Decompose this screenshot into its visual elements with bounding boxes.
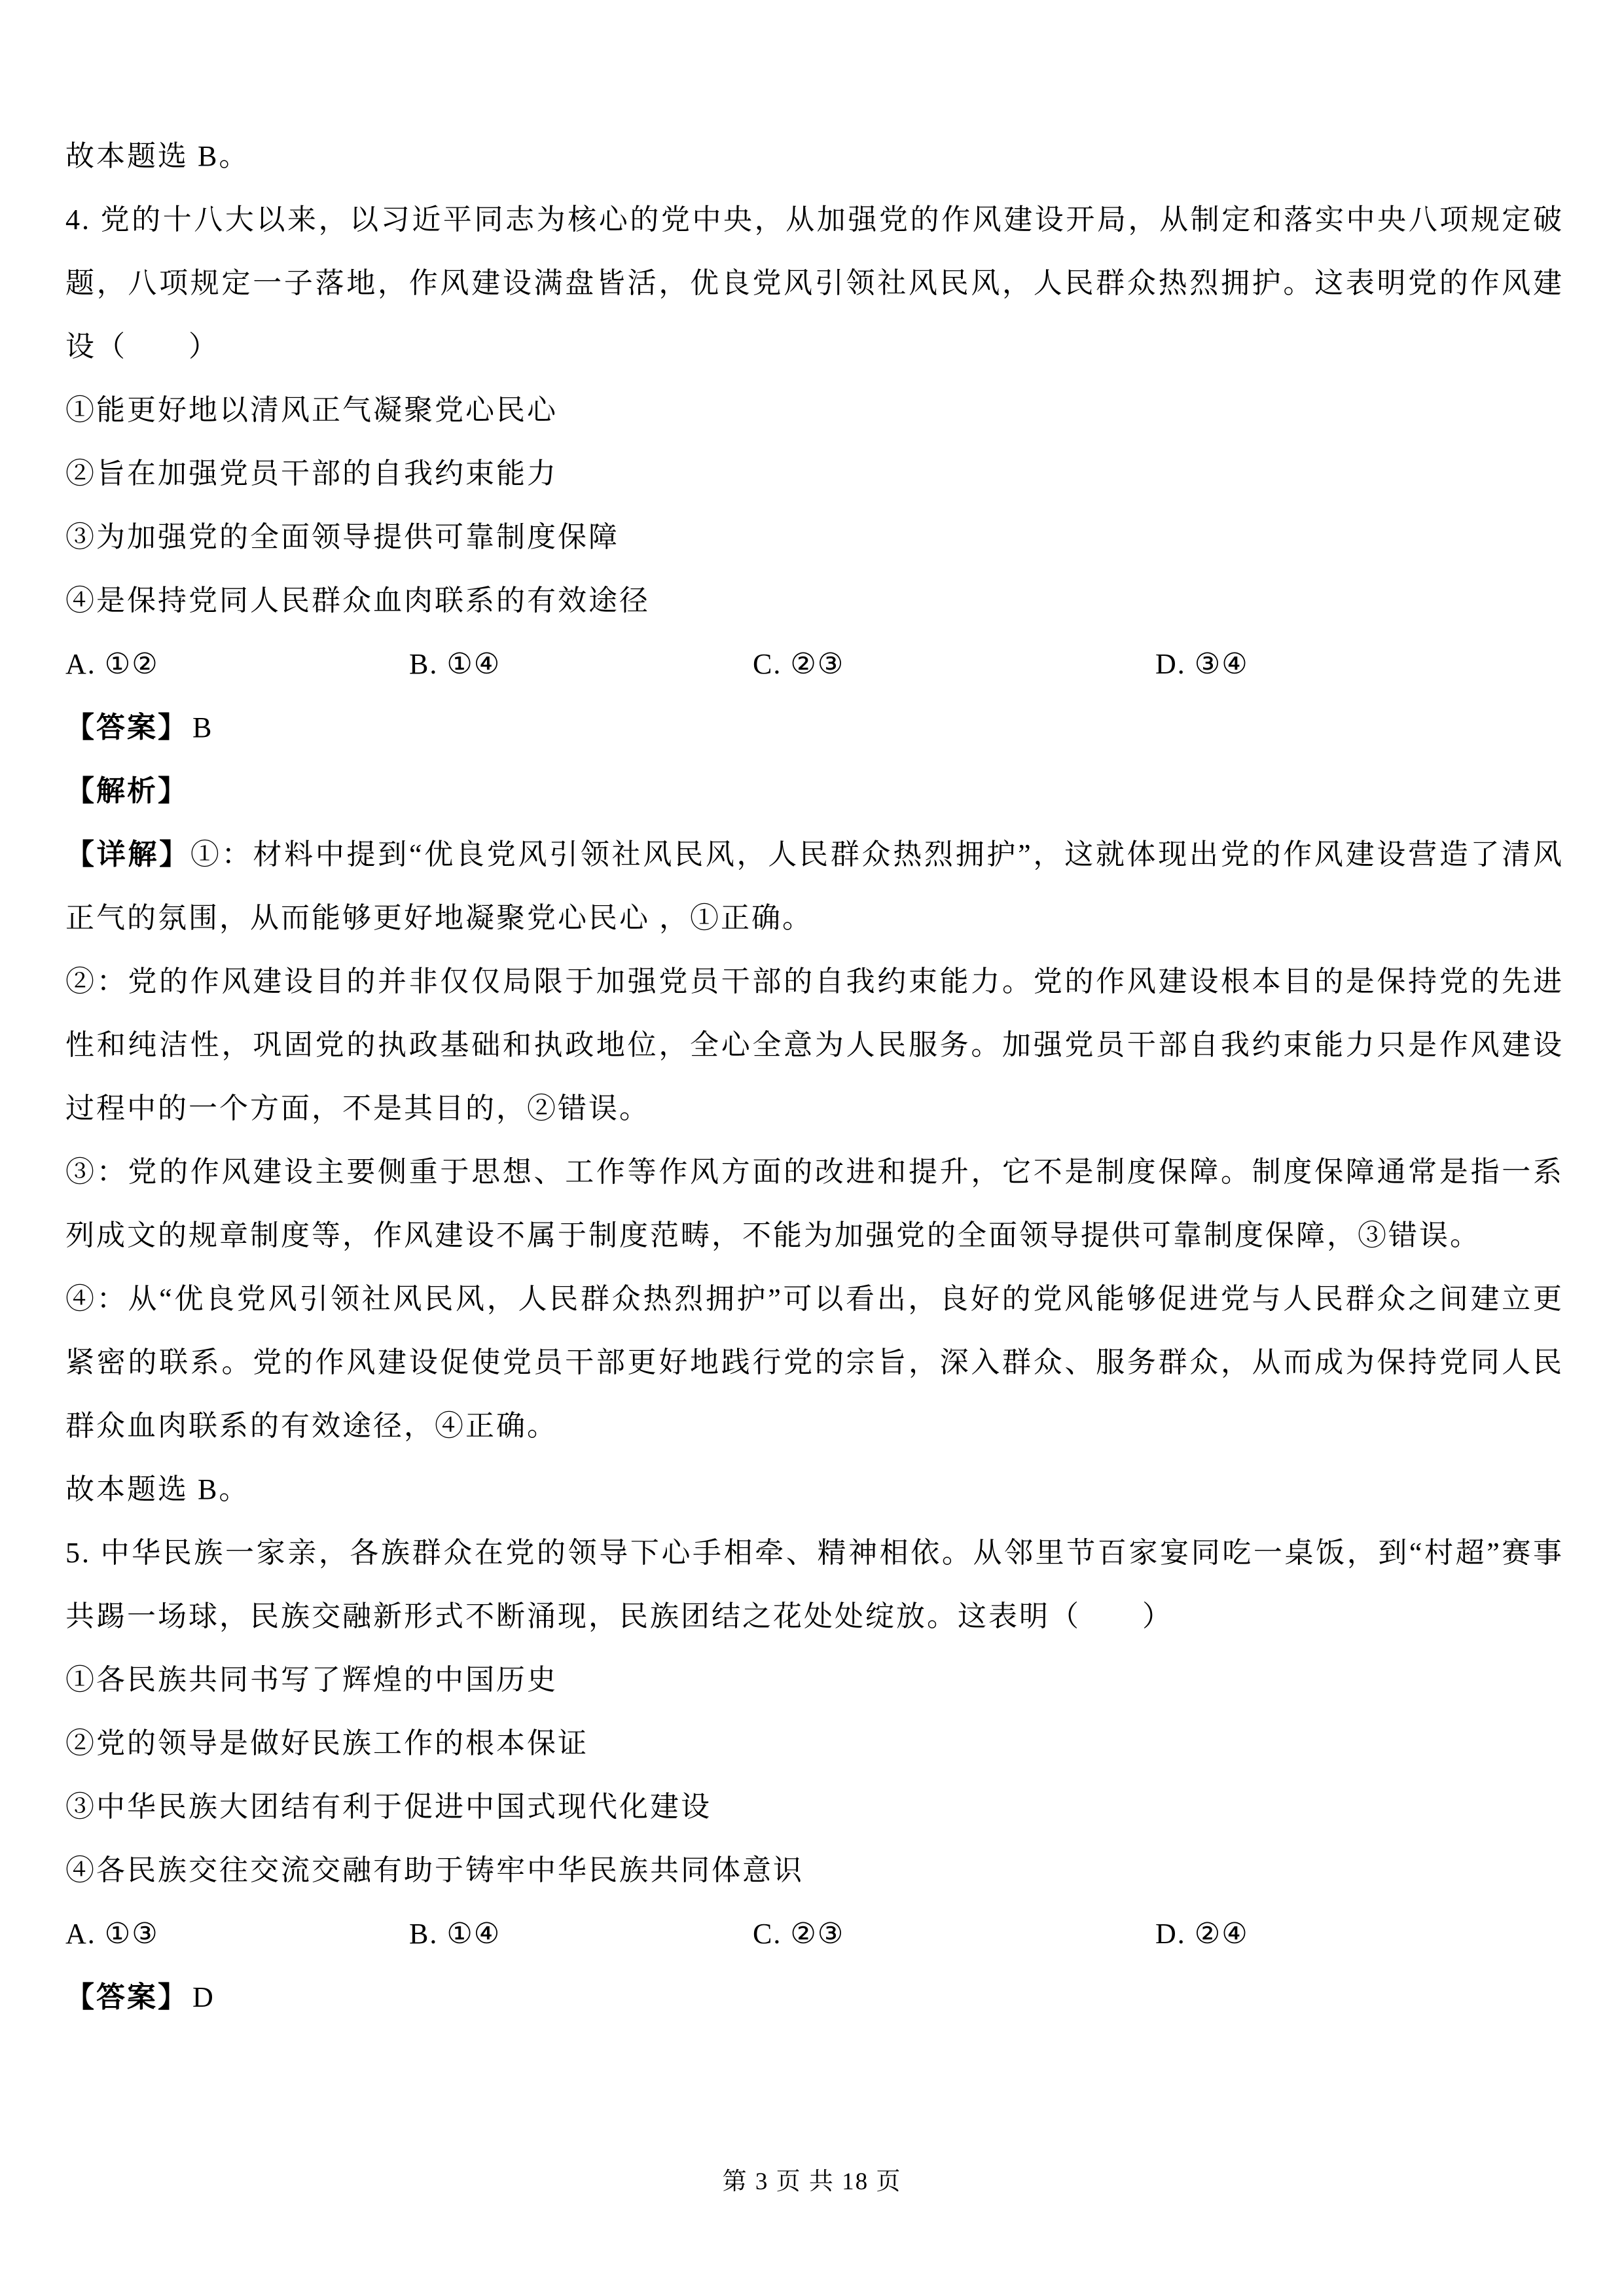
- q4-option-d: D. ③④: [1155, 632, 1564, 696]
- q4-detail-paragraph-4: ④：从“优良党风引领社风民风，人民群众热烈拥护”可以看出，良好的党风能够促进党与…: [65, 1267, 1564, 1458]
- q4-detail-paragraph-3: ③：党的作风建设主要侧重于思想、工作等作风方面的改进和提升，它不是制度保障。制度…: [65, 1140, 1564, 1267]
- q4-item-2: ②旨在加强党员干部的自我约束能力: [65, 442, 1564, 505]
- q4-detail-label: 【详解】: [65, 838, 190, 870]
- q4-detail-paragraph-1: 【详解】①：材料中提到“优良党风引领社风民风，人民群众热烈拥护”，这就体现出党的…: [65, 823, 1564, 950]
- q4-item-3: ③为加强党的全面领导提供可靠制度保障: [65, 505, 1564, 569]
- q5-option-d: D. ②④: [1155, 1902, 1564, 1965]
- q5-option-b: B. ①④: [409, 1902, 753, 1965]
- q4-option-c: C. ②③: [753, 632, 1155, 696]
- q4-answer-line: 【答案】B: [65, 696, 1564, 759]
- previous-question-conclusion: 故本题选 B。: [65, 124, 1564, 188]
- question-4-stem: 4. 党的十八大以来，以习近平同志为核心的党中央，从加强党的作风建设开局，从制定…: [65, 188, 1564, 378]
- q4-option-b: B. ①④: [409, 632, 753, 696]
- q5-option-c: C. ②③: [753, 1902, 1155, 1965]
- q5-item-4: ④各民族交往交流交融有助于铸牢中华民族共同体意识: [65, 1839, 1564, 1902]
- page-footer: 第 3 页 共 18 页: [0, 2161, 1624, 2197]
- q5-answer-value: D: [189, 1981, 215, 2013]
- q4-analysis-label: 【解析】: [65, 759, 1564, 823]
- q4-detail-text-1: ①：材料中提到“优良党风引领社风民风，人民群众热烈拥护”，这就体现出党的作风建设…: [65, 838, 1564, 934]
- document-page: 故本题选 B。 4. 党的十八大以来，以习近平同志为核心的党中央，从加强党的作风…: [0, 0, 1624, 2029]
- q4-answer-label: 【答案】: [65, 711, 189, 744]
- q5-answer-label: 【答案】: [65, 1981, 189, 2013]
- q4-answer-value: B: [189, 711, 213, 744]
- q4-item-4: ④是保持党同人民群众血肉联系的有效途径: [65, 569, 1564, 632]
- q4-options-row: A. ①② B. ①④ C. ②③ D. ③④: [65, 632, 1564, 696]
- q5-options-row: A. ①③ B. ①④ C. ②③ D. ②④: [65, 1902, 1564, 1965]
- q5-item-3: ③中华民族大团结有利于促进中国式现代化建设: [65, 1775, 1564, 1839]
- q4-option-a: A. ①②: [65, 632, 409, 696]
- q4-detail-paragraph-2: ②：党的作风建设目的并非仅仅局限于加强党员干部的自我约束能力。党的作风建设根本目…: [65, 950, 1564, 1140]
- q5-item-2: ②党的领导是做好民族工作的根本保证: [65, 1712, 1564, 1775]
- q5-item-1: ①各民族共同书写了辉煌的中国历史: [65, 1648, 1564, 1712]
- q4-item-1: ①能更好地以清风正气凝聚党心民心: [65, 378, 1564, 442]
- q5-option-a: A. ①③: [65, 1902, 409, 1965]
- question-5-stem: 5. 中华民族一家亲，各族群众在党的领导下心手相牵、精神相依。从邻里节百家宴同吃…: [65, 1521, 1564, 1648]
- q4-conclusion: 故本题选 B。: [65, 1458, 1564, 1521]
- q5-answer-line: 【答案】D: [65, 1965, 1564, 2029]
